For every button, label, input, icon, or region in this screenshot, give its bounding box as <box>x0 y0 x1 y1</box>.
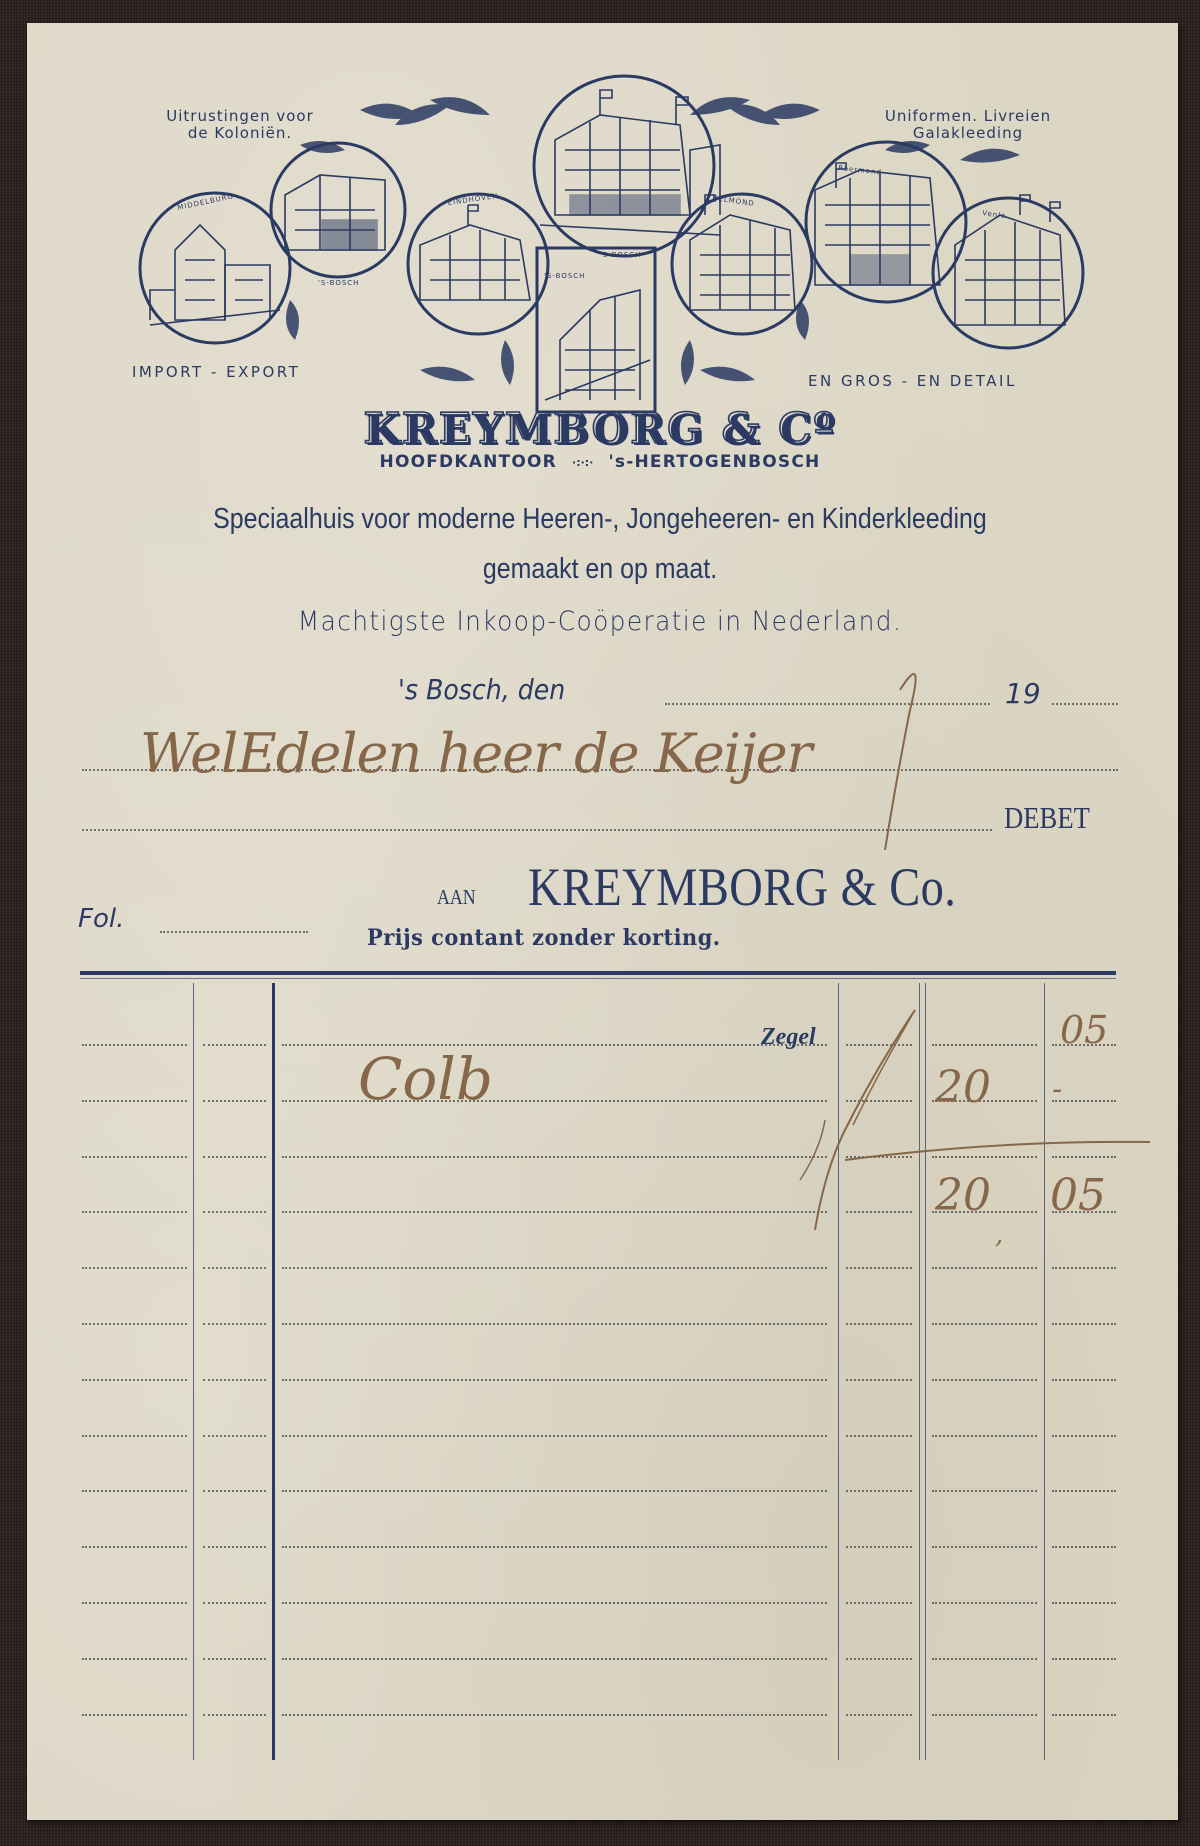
ledger-cell-cents[interactable] <box>1052 1435 1116 1437</box>
ledger-cell-date[interactable] <box>82 1602 187 1604</box>
column-divider-date <box>193 983 194 1760</box>
ledger-cell-date[interactable] <box>82 1658 187 1660</box>
ledger-cell-ref[interactable] <box>203 1100 266 1102</box>
medallion-eindhoven <box>408 194 548 334</box>
label-roermond: Roermond <box>838 164 882 177</box>
ledger-cell-cents[interactable] <box>1052 1379 1116 1381</box>
company-logo-name: KREYMBORG & Cº <box>0 404 1200 453</box>
ledger-cell-description[interactable] <box>282 1379 827 1381</box>
ledger-cell-qty[interactable] <box>846 1602 912 1604</box>
ledger-cell-date[interactable] <box>82 1435 187 1437</box>
ledger-cell-guilders[interactable] <box>932 1323 1037 1325</box>
label-bosch-street: 'S-BOSCH <box>544 272 585 280</box>
ledger-cell-date[interactable] <box>82 1267 187 1269</box>
total-cents: 05 <box>1050 1170 1106 1221</box>
addressee-field-line2[interactable] <box>82 829 992 831</box>
building-eindhoven <box>420 205 530 300</box>
label-helmond: HELMOND <box>712 194 755 208</box>
head-office-line: HOOFDKANTOOR ·:·:· 's-HERTOGENBOSCH <box>0 452 1200 472</box>
ledger-cell-cents[interactable] <box>1052 1714 1116 1716</box>
label-middelburg: MIDDELBURG <box>177 192 235 212</box>
ledger-cell-ref[interactable] <box>203 1658 266 1660</box>
ledger-cell-description[interactable] <box>282 1714 827 1716</box>
ledger-cell-guilders[interactable] <box>932 1602 1037 1604</box>
creditor-name: KREYMBORG & Co. <box>528 856 956 918</box>
ledger-cell-date[interactable] <box>82 1714 187 1716</box>
ledger-cell-guilders[interactable] <box>932 1546 1037 1548</box>
ledger-cell-description[interactable] <box>282 1490 827 1492</box>
ledger-cell-date[interactable] <box>82 1546 187 1548</box>
storefront-vignette-illustration: MIDDELBURG 'S-BOSCH EINDHOVEN 'S-BOSCH '… <box>0 0 1200 420</box>
building-helmond <box>690 195 795 310</box>
label-bosch-1: 'S-BOSCH <box>318 279 359 287</box>
label-bosch-main: 'S-BOSCH <box>600 251 641 259</box>
head-office-city: 's-HERTOGENBOSCH <box>609 452 821 472</box>
handwritten-item-description: Colb <box>358 1045 493 1113</box>
item-cents: - <box>1052 1072 1062 1107</box>
handwritten-addressee: WelEdelen heer de Keijer <box>140 722 811 785</box>
ledger-cell-guilders[interactable] <box>932 1490 1037 1492</box>
year-prefix: 19 <box>1005 677 1041 710</box>
ledger-top-rule-thin <box>80 978 1116 979</box>
folio-label: Fol. <box>78 904 124 934</box>
building-bosch-street <box>545 290 650 400</box>
ledger-cell-guilders[interactable] <box>932 1658 1037 1660</box>
ledger-cell-date[interactable] <box>82 1211 187 1213</box>
folio-field[interactable] <box>160 931 308 933</box>
ledger-cell-guilders[interactable] <box>932 1267 1037 1269</box>
ledger-cell-ref[interactable] <box>203 1156 266 1158</box>
handwriting-flourish-j <box>870 660 950 850</box>
ornament-separator-icon: ·:·:· <box>572 456 593 469</box>
ledger-cell-qty[interactable] <box>846 1267 912 1269</box>
head-office-label: HOOFDKANTOOR <box>380 452 557 472</box>
ledger-cell-description[interactable] <box>282 1602 827 1604</box>
ledger-cell-ref[interactable] <box>203 1323 266 1325</box>
ledger-cell-cents[interactable] <box>1052 1490 1116 1492</box>
building-roermond <box>815 163 940 285</box>
ledger-cell-date[interactable] <box>82 1379 187 1381</box>
ledger-cell-qty[interactable] <box>846 1379 912 1381</box>
ledger-cell-cents[interactable] <box>1052 1658 1116 1660</box>
item-guilders: 20 <box>935 1062 991 1113</box>
ledger-cell-qty[interactable] <box>846 1435 912 1437</box>
medallion-helmond <box>672 194 812 334</box>
ledger-cell-ref[interactable] <box>203 1546 266 1548</box>
ledger-cell-ref[interactable] <box>203 1379 266 1381</box>
ledger-cell-date[interactable] <box>82 1323 187 1325</box>
label-venlo: Venlo <box>982 209 1007 220</box>
ledger-cell-ref[interactable] <box>203 1602 266 1604</box>
ledger-cell-guilders[interactable] <box>932 1714 1037 1716</box>
total-guilders: 20 <box>935 1170 991 1221</box>
ledger-cell-description[interactable] <box>282 1658 827 1660</box>
ledger-top-rule <box>80 971 1116 975</box>
year-field[interactable] <box>1052 703 1118 705</box>
ledger-cell-date[interactable] <box>82 1044 187 1046</box>
aan-label: AAN <box>437 885 476 910</box>
ledger-cell-description[interactable] <box>282 1546 827 1548</box>
stamp-cents: 05 <box>1060 1008 1108 1052</box>
ledger-cell-description[interactable] <box>282 1435 827 1437</box>
ledger-cell-guilders[interactable] <box>932 1044 1037 1046</box>
building-bosch-1 <box>285 175 385 250</box>
ledger-cell-qty[interactable] <box>846 1323 912 1325</box>
ledger-cell-cents[interactable] <box>1052 1602 1116 1604</box>
ledger-cell-cents[interactable] <box>1052 1323 1116 1325</box>
ledger-cell-description[interactable] <box>282 1267 827 1269</box>
ledger-cell-ref[interactable] <box>203 1714 266 1716</box>
ledger-cell-cents[interactable] <box>1052 1546 1116 1548</box>
ledger-cell-ref[interactable] <box>203 1044 266 1046</box>
ledger-cell-date[interactable] <box>82 1490 187 1492</box>
column-divider-guilders <box>1044 983 1045 1760</box>
debet-label: DEBET <box>1004 800 1090 836</box>
tagline-made-to-measure: gemaakt en op maat. <box>84 553 1116 586</box>
column-divider-qty-b <box>925 983 926 1760</box>
payment-terms: Prijs contant zonder korting. <box>367 925 721 951</box>
tagline-cooperative: Machtigste Inkoop-Coöperatie in Nederlan… <box>48 606 1152 637</box>
ledger-cell-date[interactable] <box>82 1156 187 1158</box>
ledger-cell-qty[interactable] <box>846 1658 912 1660</box>
ledger-cell-guilders[interactable] <box>932 1435 1037 1437</box>
building-venlo <box>955 195 1065 325</box>
building-middelburg <box>150 225 280 325</box>
ledger-cell-ref[interactable] <box>203 1490 266 1492</box>
ledger-cell-description[interactable] <box>282 1323 827 1325</box>
ledger-cell-ref[interactable] <box>203 1435 266 1437</box>
ledger-cell-qty[interactable] <box>846 1490 912 1492</box>
ledger-cell-cents[interactable] <box>1052 1267 1116 1269</box>
tagline-specialty: Speciaalhuis voor moderne Heeren-, Jonge… <box>84 503 1116 536</box>
column-divider-ref <box>272 983 275 1760</box>
ledger-cell-guilders[interactable] <box>932 1379 1037 1381</box>
handwritten-sum-rule <box>840 1120 1160 1170</box>
place-date-label: 's Bosch, den <box>398 673 565 706</box>
ledger-cell-ref[interactable] <box>203 1211 266 1213</box>
ledger-cell-qty[interactable] <box>846 1546 912 1548</box>
total-comma: , <box>995 1220 1003 1250</box>
ledger-cell-qty[interactable] <box>846 1714 912 1716</box>
ledger-cell-date[interactable] <box>82 1100 187 1102</box>
ledger-cell-ref[interactable] <box>203 1267 266 1269</box>
